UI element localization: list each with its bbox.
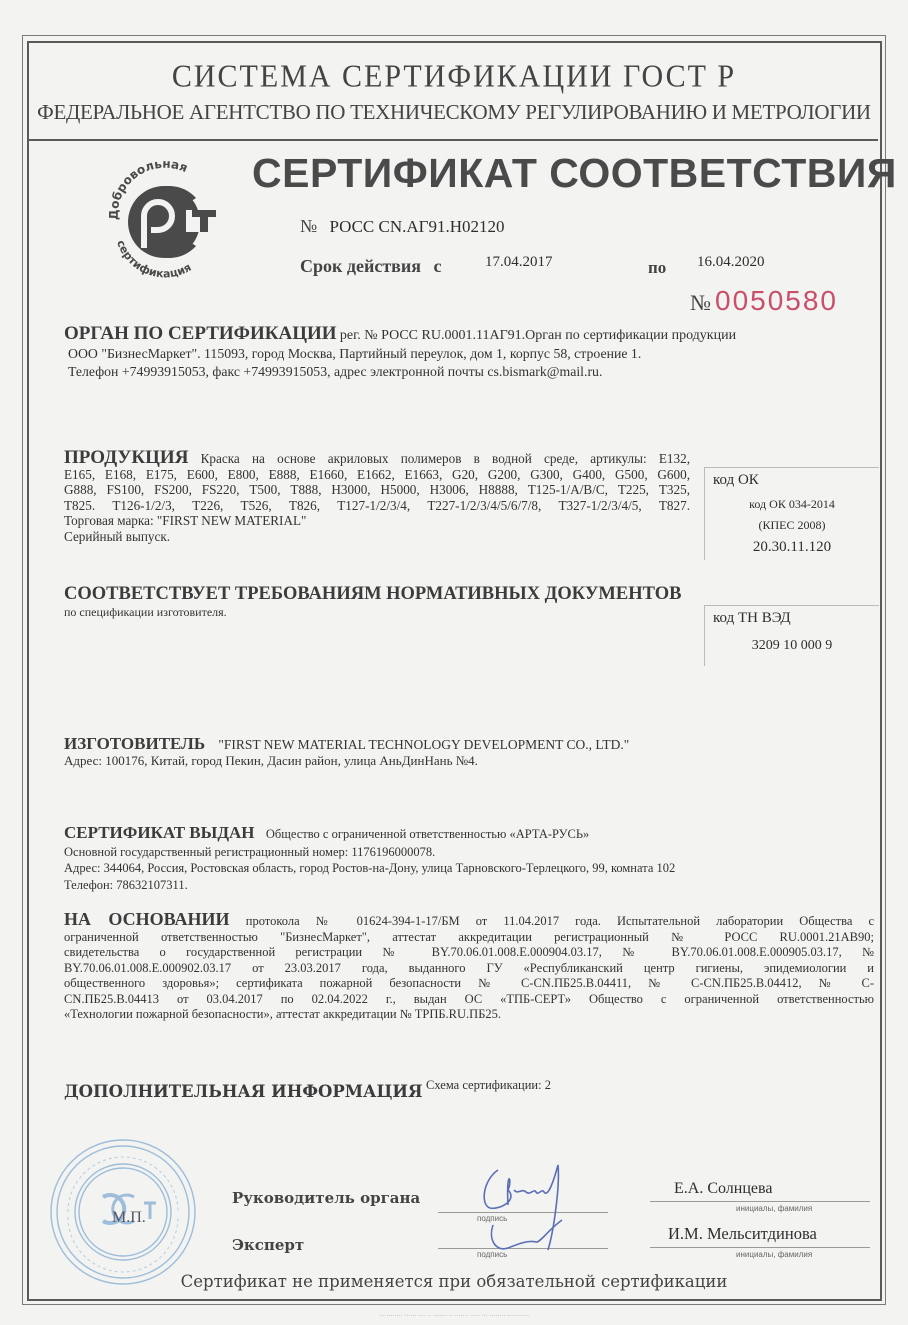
- basis-line: протокола № 01624-394-1-17/БМ от 11.04.2…: [246, 914, 874, 928]
- certification-body-line1: рег. № РОСС RU.0001.11АГ91.Орган по серт…: [340, 328, 736, 343]
- date-to: 16.04.2020: [697, 254, 765, 271]
- certification-body-section: ОРГАН ПО СЕРТИФИКАЦИИ рег. № РОСС RU.000…: [64, 326, 864, 380]
- product-line: Т825. Т126-1/2/3, Т226, Т526, Т826, Т127…: [64, 498, 690, 514]
- conformity-text: по спецификации изготовителя.: [64, 605, 681, 621]
- code-tnved-label: код ТН ВЭД: [713, 610, 791, 627]
- code-tnved-value: 3209 10 000 9: [705, 638, 879, 654]
- product-line: G888, FS100, FS200, FS220, Т500, Т888, Н…: [64, 482, 690, 498]
- serial-number: № 0050580: [690, 285, 838, 317]
- manufacturer-heading: ИЗГОТОВИТЕЛЬ: [64, 734, 205, 753]
- system-title: СИСТЕМА СЕРТИФИКАЦИИ ГОСТ Р: [0, 59, 908, 95]
- code-ok-label: код ОК: [713, 472, 759, 489]
- basis-line: свидетельства о государственной регистра…: [64, 945, 874, 961]
- certificate-number: № РОСС CN.АГ91.Н02120: [300, 216, 505, 237]
- code-tnved-box: код ТН ВЭД 3209 10 000 9: [704, 605, 879, 666]
- certification-body-heading: ОРГАН ПО СЕРТИФИКАЦИИ: [64, 323, 337, 344]
- certification-scheme: Схема сертификации: 2: [426, 1078, 551, 1094]
- agency-title: ФЕДЕРАЛЬНОЕ АГЕНТСТВО ПО ТЕХНИЧЕСКОМУ РЕ…: [0, 100, 908, 125]
- issued-to-phone: Телефон: 78632107311.: [64, 878, 824, 894]
- manufacturer-address: Адрес: 100176, Китай, город Пекин, Дасин…: [64, 753, 629, 769]
- head-name-caption: инициалы, фамилия: [736, 1204, 812, 1213]
- expert-name-caption: инициалы, фамилия: [736, 1250, 812, 1259]
- expert-name: И.М. Мельситдинова: [668, 1224, 817, 1244]
- validity-label: Срок действия с: [300, 256, 442, 277]
- serial-sign: №: [690, 290, 711, 315]
- code-ok-standard: код ОК 034-2014: [705, 497, 879, 512]
- product-line: Краска на основе акриловых полимеров в в…: [201, 451, 690, 466]
- manufacturer-section: ИЗГОТОВИТЕЛЬ "FIRST NEW MATERIAL TECHNOL…: [64, 736, 629, 768]
- code-ok-value: 20.30.11.120: [705, 539, 879, 556]
- product-trademark: Торговая марка: "FIRST NEW MATERIAL": [64, 513, 690, 529]
- conformity-section: СООТВЕТСТВУЕТ ТРЕБОВАНИЯМ НОРМАТИВНЫХ ДО…: [64, 584, 681, 621]
- basis-heading: НА ОСНОВАНИИ: [64, 909, 230, 929]
- additional-info-section: ДОПОЛНИТЕЛЬНАЯ ИНФОРМАЦИЯ: [64, 1082, 423, 1102]
- basis-section: НА ОСНОВАНИИ протокола № 01624-394-1-17/…: [64, 912, 874, 1023]
- basis-line: ограниченной ответственностью "БизнесМар…: [64, 930, 874, 946]
- expert-label: Эксперт: [232, 1236, 304, 1254]
- number-sign: №: [300, 216, 317, 236]
- head-name-line: [650, 1201, 870, 1202]
- serial-value: 0050580: [715, 285, 838, 316]
- product-line: Е165, Е168, Е175, Е600, Е800, Е888, Е166…: [64, 467, 690, 483]
- issued-to-company: Общество с ограниченной ответственностью…: [266, 827, 589, 841]
- conformity-heading: СООТВЕТСТВУЕТ ТРЕБОВАНИЯМ НОРМАТИВНЫХ ДО…: [64, 584, 681, 605]
- expert-name-line: [650, 1247, 870, 1248]
- head-signature-icon: [478, 1160, 578, 1260]
- issued-to-section: СЕРТИФИКАТ ВЫДАН Общество с ограниченной…: [64, 825, 824, 893]
- date-from: 17.04.2017: [485, 254, 553, 271]
- basis-last-line: «Технологии пожарной безопасности», атте…: [64, 1007, 874, 1023]
- issued-to-address: Адрес: 344064, Россия, Ростовская област…: [64, 861, 824, 877]
- certification-body-line2: ООО "БизнесМаркет". 115093, город Москва…: [68, 346, 864, 362]
- to-label: по: [648, 258, 666, 278]
- head-name: Е.А. Солнцева: [674, 1180, 772, 1198]
- product-section: ПРОДУКЦИЯ Краска на основе акриловых пол…: [64, 450, 690, 544]
- product-series: Серийный выпуск.: [64, 529, 690, 545]
- code-ok-classifier: (КПЕС 2008): [705, 518, 879, 533]
- additional-info-heading: ДОПОЛНИТЕЛЬНАЯ ИНФОРМАЦИЯ: [64, 1082, 423, 1101]
- code-ok-box: код ОК код ОК 034-2014 (КПЕС 2008) 20.30…: [704, 467, 879, 560]
- issued-to-heading: СЕРТИФИКАТ ВЫДАН: [64, 823, 255, 842]
- issued-to-ogrn: Основной государственный регистрационный…: [64, 845, 824, 861]
- rst-logo-icon: Добровольная сертификация: [104, 158, 224, 278]
- certification-body-line3: Телефон +74993915053, факс +74993915053,…: [68, 364, 864, 380]
- basis-line: CN.ПБ25.В.04413 от 03.04.2017 по 02.04.2…: [64, 992, 874, 1008]
- printer-imprint: ··· ········ ······ ···· ·· ······· ·· ·…: [0, 1313, 908, 1319]
- head-label: Руководитель органа: [232, 1189, 420, 1207]
- from-label: с: [434, 256, 442, 276]
- certificate-title: СЕРТИФИКАТ СООТВЕТСТВИЯ: [252, 150, 897, 197]
- header-divider: [28, 139, 878, 141]
- manufacturer-name: "FIRST NEW MATERIAL TECHNOLOGY DEVELOPME…: [218, 737, 629, 752]
- stamp-label: М.П.: [112, 1209, 146, 1227]
- basis-line: общественного здоровья»; сертификата пож…: [64, 976, 874, 992]
- product-heading: ПРОДУКЦИЯ: [64, 447, 188, 468]
- footer-note: Сертификат не применяется при обязательн…: [0, 1272, 908, 1291]
- validity-text: Срок действия: [300, 256, 421, 276]
- basis-line: BY.70.06.01.008.E.000902.03.17 от 23.03.…: [64, 961, 874, 977]
- certificate-number-value: РОСС CN.АГ91.Н02120: [329, 217, 504, 236]
